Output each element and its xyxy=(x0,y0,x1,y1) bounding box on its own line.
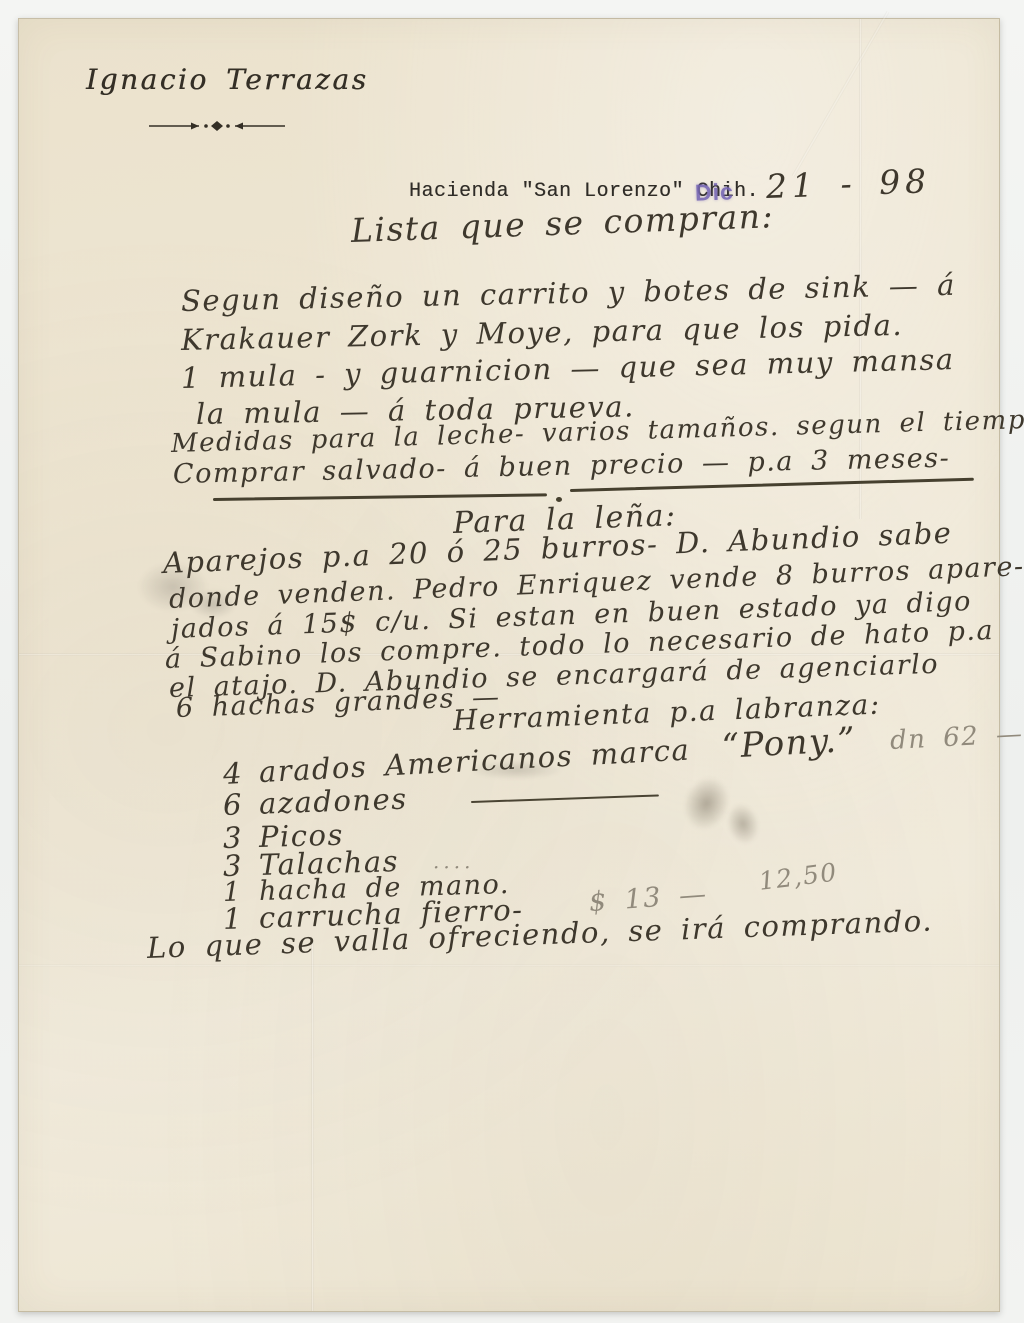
fold-crease-vertical-bottom xyxy=(311,939,314,1311)
item-qty: 6 xyxy=(222,787,259,822)
brand-name: “Pony.” xyxy=(721,720,858,767)
item-qty: 4 xyxy=(222,755,260,791)
item-label: azadones xyxy=(258,782,408,821)
pencil-price-alt: 12,50 xyxy=(757,857,839,895)
item-label: arados Americanos marca xyxy=(258,733,691,790)
letterhead-name: Ignacio Terrazas xyxy=(86,63,368,96)
ornament-divider-icon xyxy=(149,119,285,133)
fold-crease-horizontal-faint xyxy=(19,964,999,967)
list-title: Lista que se compran: xyxy=(350,196,774,250)
pencil-note: dn 62 — xyxy=(889,719,1024,756)
letter-paper: Ignacio Terrazas Hacienda "San Lorenzo" … xyxy=(18,18,1000,1312)
item-underline xyxy=(471,794,659,803)
handwritten-date: 21 - 98 xyxy=(765,161,931,206)
tool-item-row: 6azadones xyxy=(222,782,408,822)
corner-crease-diagonal xyxy=(792,11,890,177)
hand-drawn-divider-left xyxy=(213,493,547,501)
scanned-letter: Ignacio Terrazas Hacienda "San Lorenzo" … xyxy=(0,0,1024,1323)
